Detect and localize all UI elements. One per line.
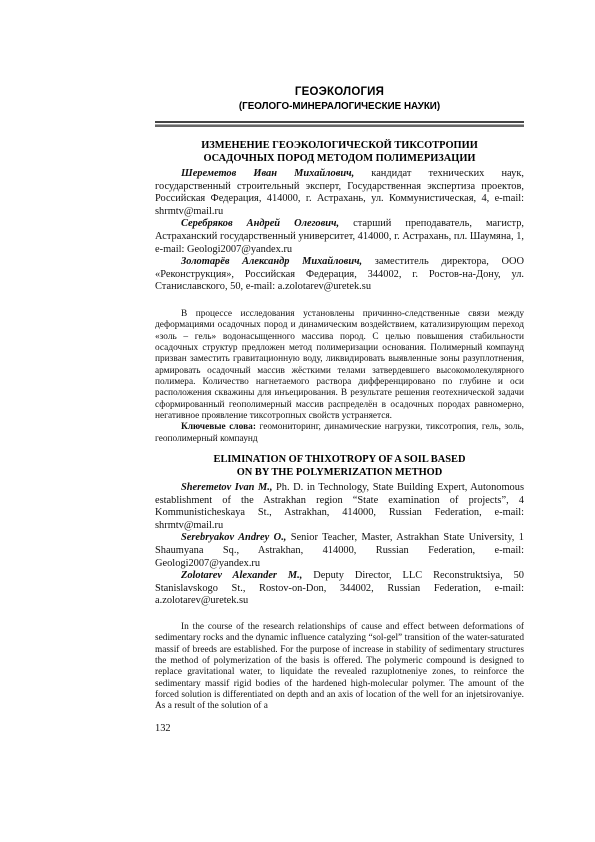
- author-entry: Sheremetov Ivan M., Ph. D. in Technology…: [155, 482, 524, 532]
- abstract-ru: В процессе исследования установлены прич…: [155, 309, 524, 445]
- section-subheading: (ГЕОЛОГО-МИНЕРАЛОГИЧЕСКИЕ НАУКИ): [155, 101, 524, 112]
- header-double-rule: [155, 121, 524, 127]
- author-entry: Serebryakov Andrey O., Senior Teacher, M…: [155, 532, 524, 570]
- article-title-ru: ИЗМЕНЕНИЕ ГЕОЭКОЛОГИЧЕСКОЙ ТИКСОТРОПИИ О…: [155, 140, 524, 165]
- title-line: ON BY THE POLYMERIZATION METHOD: [155, 467, 524, 480]
- author-entry: Серебряков Андрей Олегович, старший преп…: [155, 218, 524, 256]
- author-name: Серебряков Андрей Олегович,: [181, 218, 339, 229]
- authors-ru: Шереметов Иван Михайлович, кандидат техн…: [155, 168, 524, 294]
- keywords: Ключевые слова: геомониторинг, динамичес…: [155, 422, 524, 445]
- abstract-text: In the course of the research relationsh…: [155, 622, 524, 713]
- abstract-en: In the course of the research relationsh…: [155, 622, 524, 713]
- author-entry: Шереметов Иван Михайлович, кандидат техн…: [155, 168, 524, 218]
- author-name: Zolotarev Alexander M.,: [181, 570, 302, 581]
- author-entry: Золотарёв Александр Михайлович, заместит…: [155, 256, 524, 294]
- author-name: Sheremetov Ivan M.,: [181, 482, 272, 493]
- article-title-en: ELIMINATION OF THIXOTROPY OF A SOIL BASE…: [155, 454, 524, 479]
- author-name: Serebryakov Andrey O.,: [181, 532, 286, 543]
- title-line: ELIMINATION OF THIXOTROPY OF A SOIL BASE…: [155, 454, 524, 467]
- authors-en: Sheremetov Ivan M., Ph. D. in Technology…: [155, 482, 524, 608]
- author-name: Золотарёв Александр Михайлович,: [181, 256, 362, 267]
- section-heading: ГЕОЭКОЛОГИЯ: [155, 86, 524, 98]
- abstract-text: В процессе исследования установлены прич…: [155, 309, 524, 422]
- keywords-label: Ключевые слова:: [181, 422, 256, 432]
- page-number: 132: [155, 723, 171, 734]
- title-line: ИЗМЕНЕНИЕ ГЕОЭКОЛОГИЧЕСКОЙ ТИКСОТРОПИИ: [155, 140, 524, 153]
- author-entry: Zolotarev Alexander M., Deputy Director,…: [155, 570, 524, 608]
- title-line: ОСАДОЧНЫХ ПОРОД МЕТОДОМ ПОЛИМЕРИЗАЦИИ: [155, 153, 524, 166]
- author-name: Шереметов Иван Михайлович,: [181, 168, 354, 179]
